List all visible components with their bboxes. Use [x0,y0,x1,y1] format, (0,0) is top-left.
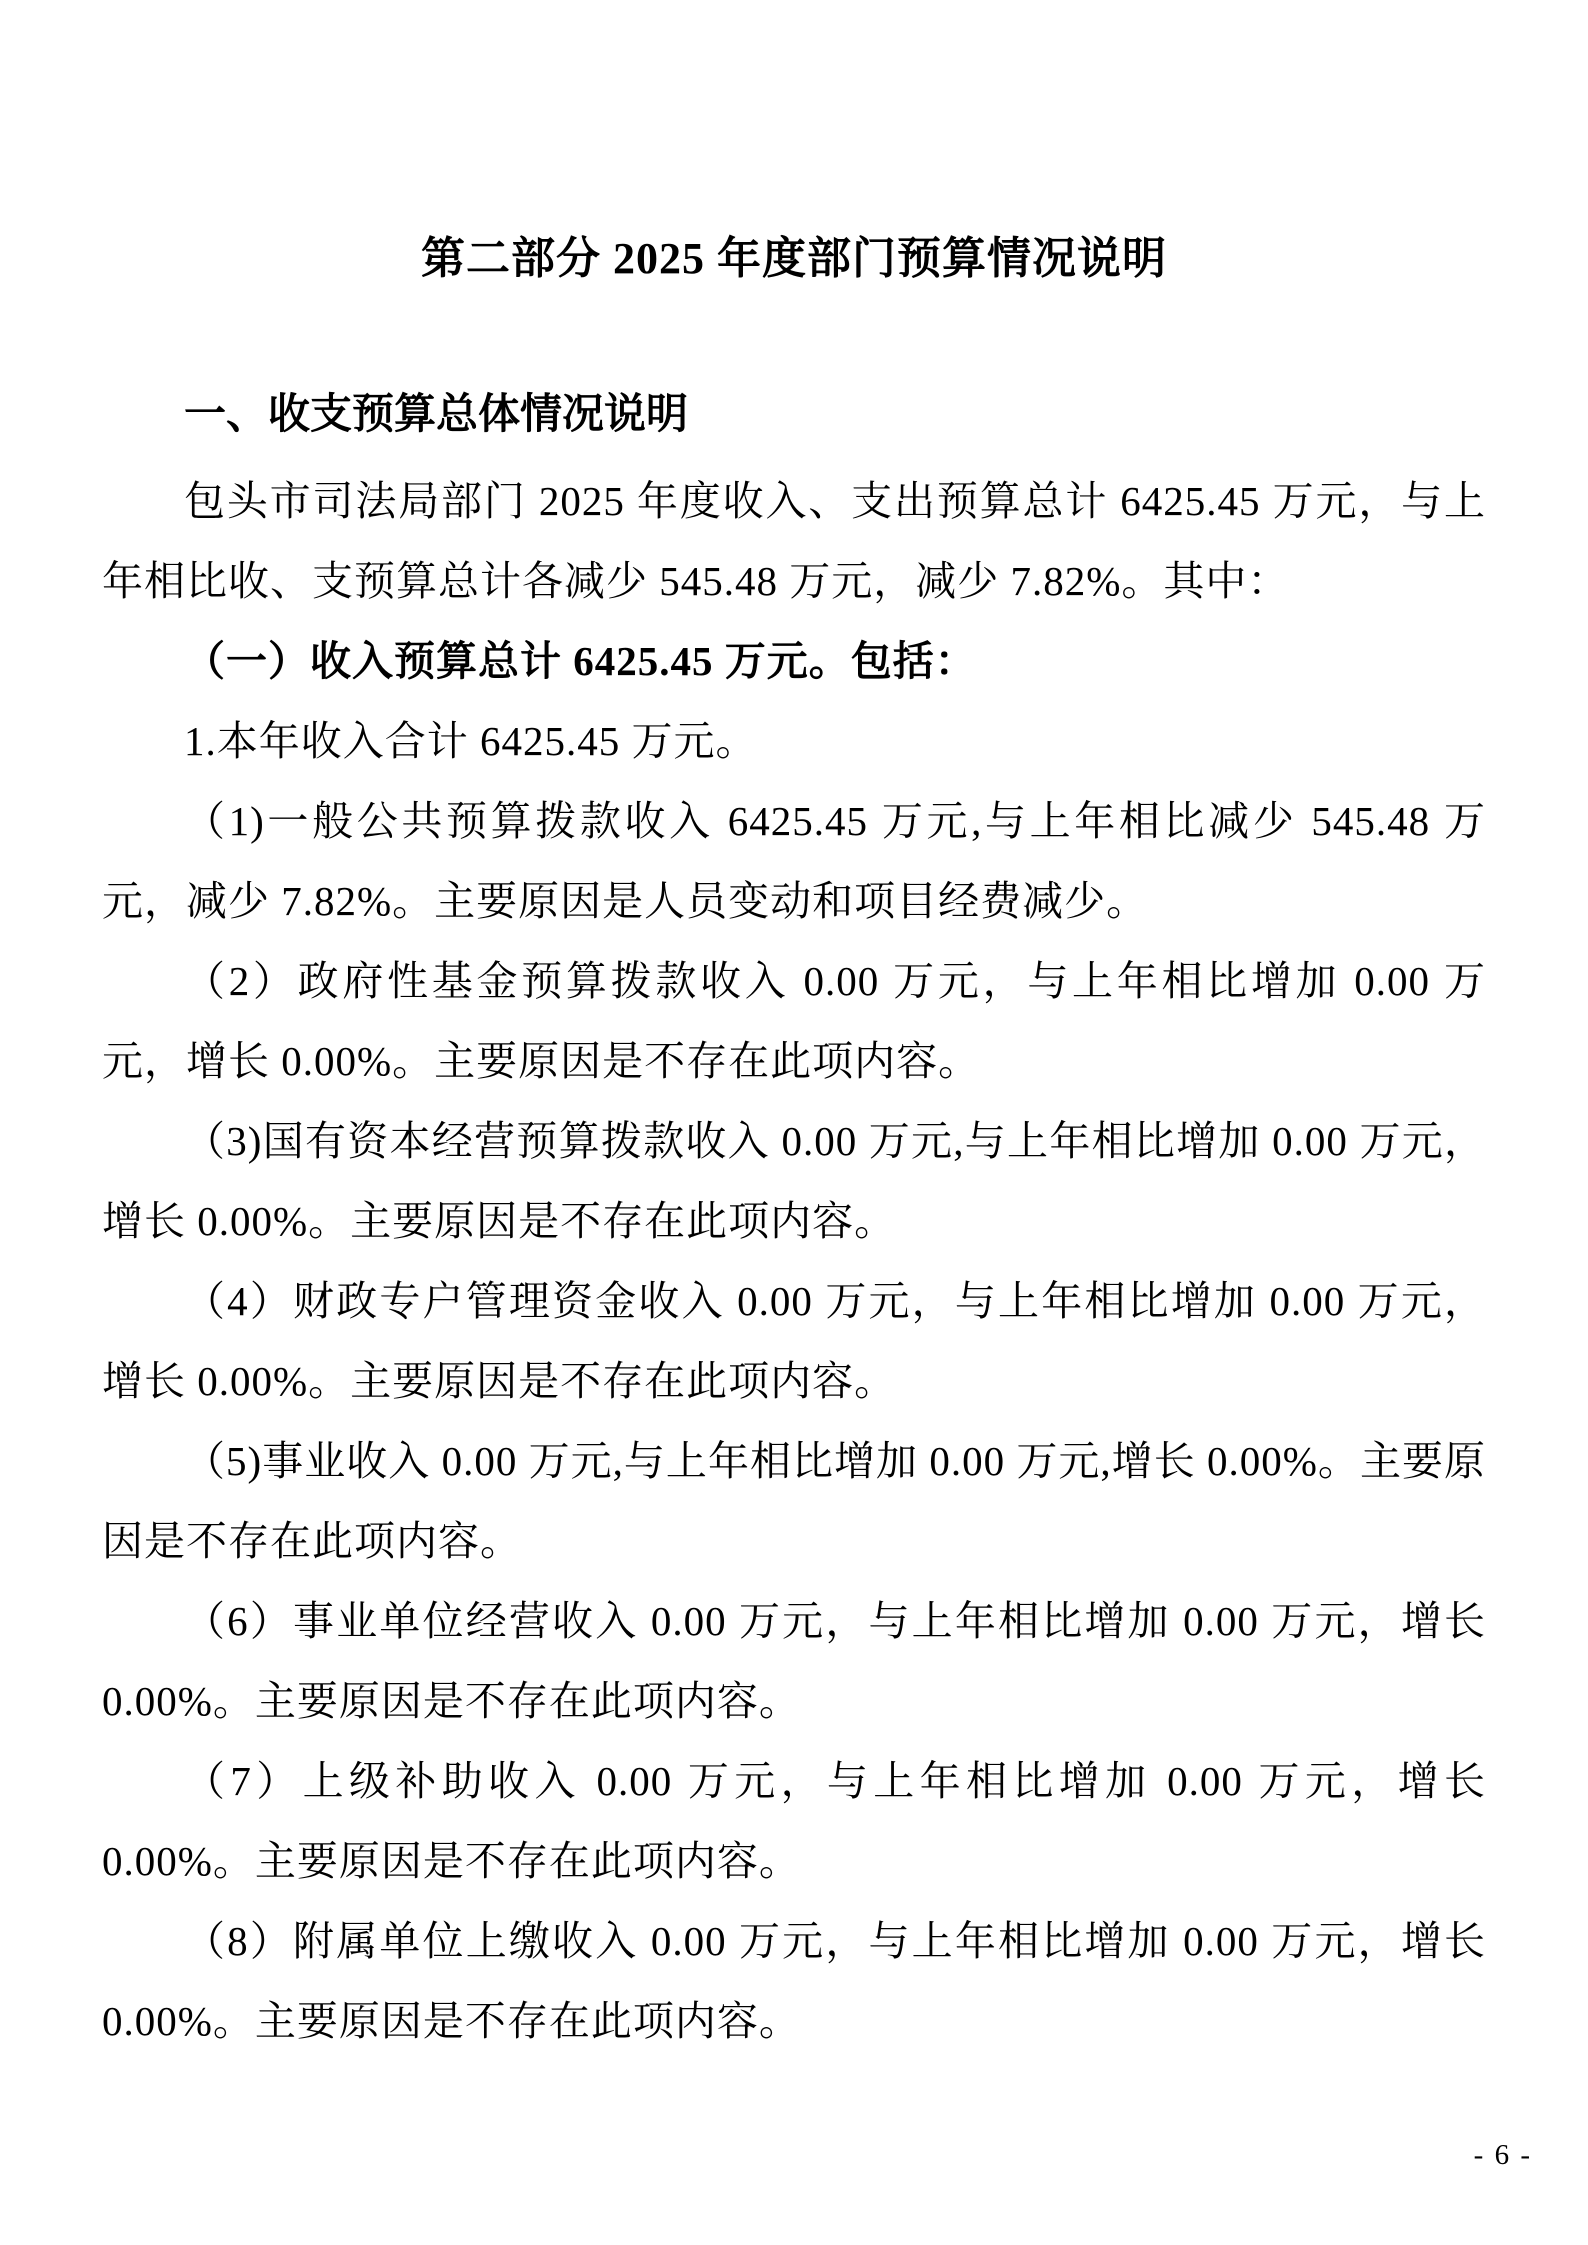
paragraph-item-7: （7）上级补助收入 0.00 万元，与上年相比增加 0.00 万元，增长 0.0… [102,1741,1486,1901]
paragraph-item-1: （1)一般公共预算拨款收入 6425.45 万元,与上年相比减少 545.48 … [102,781,1486,941]
paragraph-item-3: （3)国有资本经营预算拨款收入 0.00 万元,与上年相比增加 0.00 万元，… [102,1101,1486,1261]
paragraph-item-2: （2）政府性基金预算拨款收入 0.00 万元，与上年相比增加 0.00 万元，增… [102,941,1486,1101]
section-heading: 一、收支预算总体情况说明 [102,374,1486,454]
paragraph-item-4: （4）财政专户管理资金收入 0.00 万元，与上年相比增加 0.00 万元，增长… [102,1261,1486,1421]
paragraph-item-8: （8）附属单位上缴收入 0.00 万元，与上年相比增加 0.00 万元，增长 0… [102,1901,1486,2061]
page-number: - 6 - [1474,2138,1532,2172]
paragraph-current-year-income: 1.本年收入合计 6425.45 万元。 [102,701,1486,781]
document-page: 第二部分 2025 年度部门预算情况说明 一、收支预算总体情况说明 包头市司法局… [0,0,1588,2245]
paragraph-income-total: （一）收入预算总计 6425.45 万元。包括： [102,621,1486,701]
paragraph-overview: 包头市司法局部门 2025 年度收入、支出预算总计 6425.45 万元，与上年… [102,461,1486,621]
page-title: 第二部分 2025 年度部门预算情况说明 [102,219,1486,299]
paragraph-item-5: （5)事业收入 0.00 万元,与上年相比增加 0.00 万元,增长 0.00%… [102,1421,1486,1581]
paragraph-item-6: （6）事业单位经营收入 0.00 万元，与上年相比增加 0.00 万元，增长 0… [102,1581,1486,1741]
